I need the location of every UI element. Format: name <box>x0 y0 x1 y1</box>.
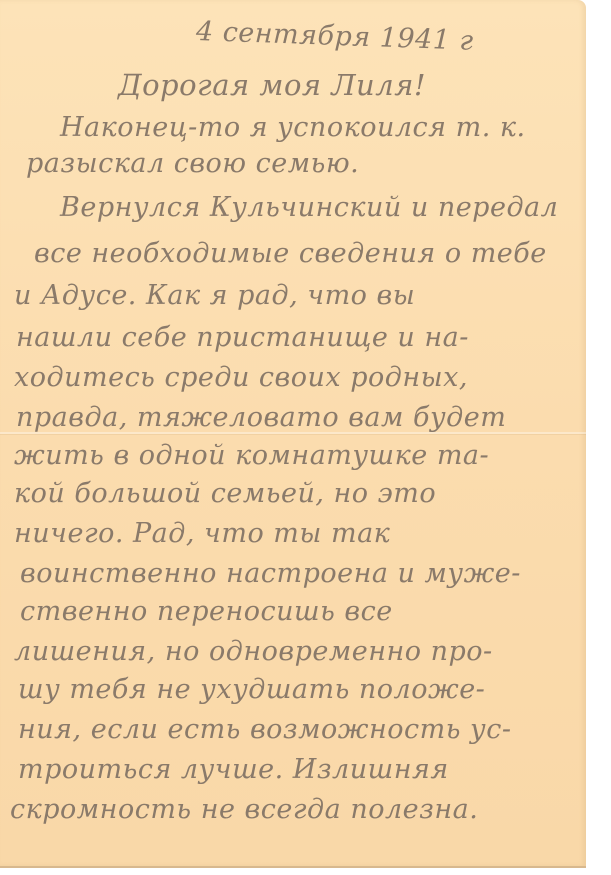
letter-line: ственно переносишь все <box>20 596 393 627</box>
letter-paper: 4 сентября 1941 г Дорогая моя Лиля! Нако… <box>0 0 586 866</box>
letter-line: все необходимые сведения о тебе <box>34 238 547 269</box>
letter-line: и Адусе. Как я рад, что вы <box>14 280 415 311</box>
letter-line: ния, если есть возможность ус- <box>18 714 511 745</box>
letter-line: разыскал свою семью. <box>26 148 359 179</box>
letter-line: шу тебя не ухудшать положе- <box>18 674 485 705</box>
paper-bottom-edge <box>0 866 586 868</box>
letter-line: троиться лучше. Излишняя <box>18 754 449 785</box>
letter-line: скромность не всегда полезна. <box>10 794 478 825</box>
letter-line: ничего. Рад, что ты так <box>14 518 390 549</box>
letter-line: лишения, но одновременно про- <box>14 636 493 667</box>
letter-line: правда, тяжеловато вам будет <box>16 402 506 433</box>
letter-line: ходитесь среди своих родных, <box>14 362 468 393</box>
letter-date: 4 сентября 1941 г <box>195 16 474 57</box>
letter-line: нашли себе пристанище и на- <box>16 322 469 353</box>
letter-line: воинственно настроена и муже- <box>20 558 521 589</box>
letter-salutation: Дорогая моя Лиля! <box>118 68 426 102</box>
letter-line: Вернулся Кульчинский и передал <box>60 192 558 223</box>
letter-line: жить в одной комнатушке та- <box>14 440 489 471</box>
letter-line: Наконец-то я успокоился т. к. <box>60 112 526 143</box>
letter-line: кой большой семьей, но это <box>14 478 436 509</box>
